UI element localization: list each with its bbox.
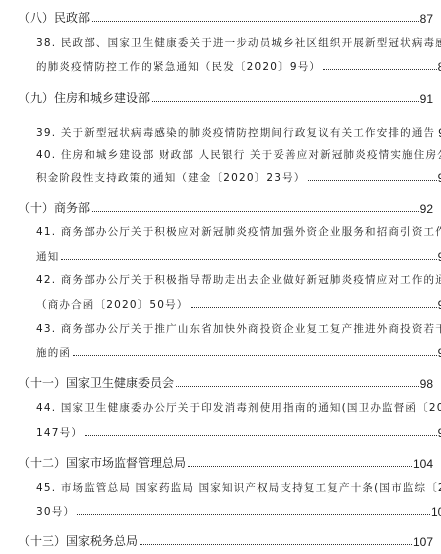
toc-entry-line[interactable]: 43. 商务部办公厅关于推广山东省加快外商投资企业复工复产推进外商投资若干措 bbox=[0, 318, 441, 336]
entry-title: 的肺炎疫情防控工作的紧急通知（民发〔2020〕9号） bbox=[36, 59, 321, 74]
entry-title: 30号） bbox=[36, 504, 75, 519]
toc-section-heading[interactable]: （十二）国家市场监督管理总局104 bbox=[0, 453, 441, 471]
toc-entry-line[interactable]: 30号）104 bbox=[0, 501, 441, 519]
toc-entry-line[interactable]: 41. 商务部办公厅关于积极应对新冠肺炎疫情加强外资企业服务和招商引资工作的 bbox=[0, 221, 441, 239]
page-number: 98 bbox=[438, 426, 441, 440]
entry-title: 38. 民政部、国家卫生健康委关于进一步动员城乡社区组织开展新型冠状病毒感染 bbox=[36, 35, 441, 50]
dot-leader bbox=[85, 434, 437, 436]
toc-entry-line[interactable]: 38. 民政部、国家卫生健康委关于进一步动员城乡社区组织开展新型冠状病毒感染 bbox=[0, 32, 441, 50]
entry-title: （商办合函〔2020〕50号） bbox=[36, 297, 189, 312]
entry-title: 施的函 bbox=[36, 345, 71, 360]
dot-leader bbox=[152, 100, 419, 102]
dot-leader bbox=[77, 513, 430, 515]
toc-section-heading[interactable]: （十三）国家税务总局107 bbox=[0, 531, 441, 549]
dot-leader bbox=[308, 179, 437, 181]
entry-title: 40. 住房和城乡建设部 财政部 人民银行 关于妥善应对新冠肺炎疫情实施住房公 bbox=[36, 147, 441, 162]
toc-entry-line[interactable]: 44. 国家卫生健康委办公厅关于印发消毒剂使用指南的通知(国卫办监督函〔2020… bbox=[0, 397, 441, 415]
toc-section-heading[interactable]: （九）住房和城乡建设部91 bbox=[0, 88, 441, 106]
toc-entry-line[interactable]: 的肺炎疫情防控工作的紧急通知（民发〔2020〕9号）87 bbox=[0, 56, 441, 74]
toc-entry-line[interactable]: 通知93 bbox=[0, 246, 441, 264]
dot-leader bbox=[92, 20, 419, 22]
entry-title: 41. 商务部办公厅关于积极应对新冠肺炎疫情加强外资企业服务和招商引资工作的 bbox=[36, 224, 441, 239]
section-title: （八）民政部 bbox=[18, 9, 90, 26]
page-number: 92 bbox=[438, 171, 441, 185]
toc-entry-line[interactable]: 147号）98 bbox=[0, 422, 441, 440]
toc-section-heading[interactable]: （十一）国家卫生健康委员会98 bbox=[0, 373, 441, 391]
dot-leader bbox=[73, 354, 437, 356]
entry-title: 45. 市场监管总局 国家药监局 国家知识产权局支持复工复产十条(国市监综〔20… bbox=[36, 480, 441, 495]
page-number: 87 bbox=[438, 60, 441, 74]
dot-leader bbox=[191, 306, 437, 308]
toc-section-heading[interactable]: （十）商务部92 bbox=[0, 198, 441, 216]
page-number: 94 bbox=[438, 298, 441, 312]
section-title: （十二）国家市场监督管理总局 bbox=[18, 454, 186, 471]
entry-title: 积金阶段性支持政策的通知（建金〔2020〕23号） bbox=[36, 170, 306, 185]
entry-title: 通知 bbox=[36, 249, 59, 264]
toc-entry-line[interactable]: 施的函96 bbox=[0, 342, 441, 360]
section-title: （九）住房和城乡建设部 bbox=[18, 89, 150, 106]
toc-entry-line[interactable]: 39. 关于新型冠状病毒感染的肺炎疫情防控期间行政复议有关工作安排的通告91 bbox=[0, 122, 441, 140]
entry-title: 39. 关于新型冠状病毒感染的肺炎疫情防控期间行政复议有关工作安排的通告 bbox=[36, 125, 435, 140]
toc-entry-line[interactable]: 40. 住房和城乡建设部 财政部 人民银行 关于妥善应对新冠肺炎疫情实施住房公 bbox=[0, 144, 441, 162]
dot-leader bbox=[323, 68, 437, 70]
entry-title: 44. 国家卫生健康委办公厅关于印发消毒剂使用指南的通知(国卫办监督函〔2020… bbox=[36, 400, 441, 415]
entry-title: 147号） bbox=[36, 425, 83, 440]
section-title: （十一）国家卫生健康委员会 bbox=[18, 374, 174, 391]
page-number: 107 bbox=[413, 535, 441, 549]
page-number: 87 bbox=[420, 12, 441, 26]
page-number: 91 bbox=[420, 92, 441, 106]
page-number: 93 bbox=[438, 250, 441, 264]
page-number: 104 bbox=[431, 505, 441, 519]
dot-leader bbox=[92, 210, 419, 212]
toc-entry-line[interactable]: 42. 商务部办公厅关于积极指导帮助走出去企业做好新冠肺炎疫情应对工作的通知 bbox=[0, 269, 441, 287]
toc-entry-line[interactable]: （商办合函〔2020〕50号）94 bbox=[0, 294, 441, 312]
entry-title: 42. 商务部办公厅关于积极指导帮助走出去企业做好新冠肺炎疫情应对工作的通知 bbox=[36, 272, 441, 287]
page-number: 104 bbox=[413, 457, 441, 471]
dot-leader bbox=[61, 258, 436, 260]
page-number: 96 bbox=[438, 346, 441, 360]
section-title: （十）商务部 bbox=[18, 199, 90, 216]
toc-entry-line[interactable]: 45. 市场监管总局 国家药监局 国家知识产权局支持复工复产十条(国市监综〔20… bbox=[0, 477, 441, 495]
toc-entry-line[interactable]: 积金阶段性支持政策的通知（建金〔2020〕23号）92 bbox=[0, 167, 441, 185]
entry-title: 43. 商务部办公厅关于推广山东省加快外商投资企业复工复产推进外商投资若干措 bbox=[36, 321, 441, 336]
section-title: （十三）国家税务总局 bbox=[18, 532, 138, 549]
dot-leader bbox=[188, 465, 412, 467]
page-number: 98 bbox=[420, 377, 441, 391]
dot-leader bbox=[176, 385, 419, 387]
toc-section-heading[interactable]: （八）民政部87 bbox=[0, 8, 441, 26]
dot-leader bbox=[140, 543, 412, 545]
page-number: 92 bbox=[420, 202, 441, 216]
